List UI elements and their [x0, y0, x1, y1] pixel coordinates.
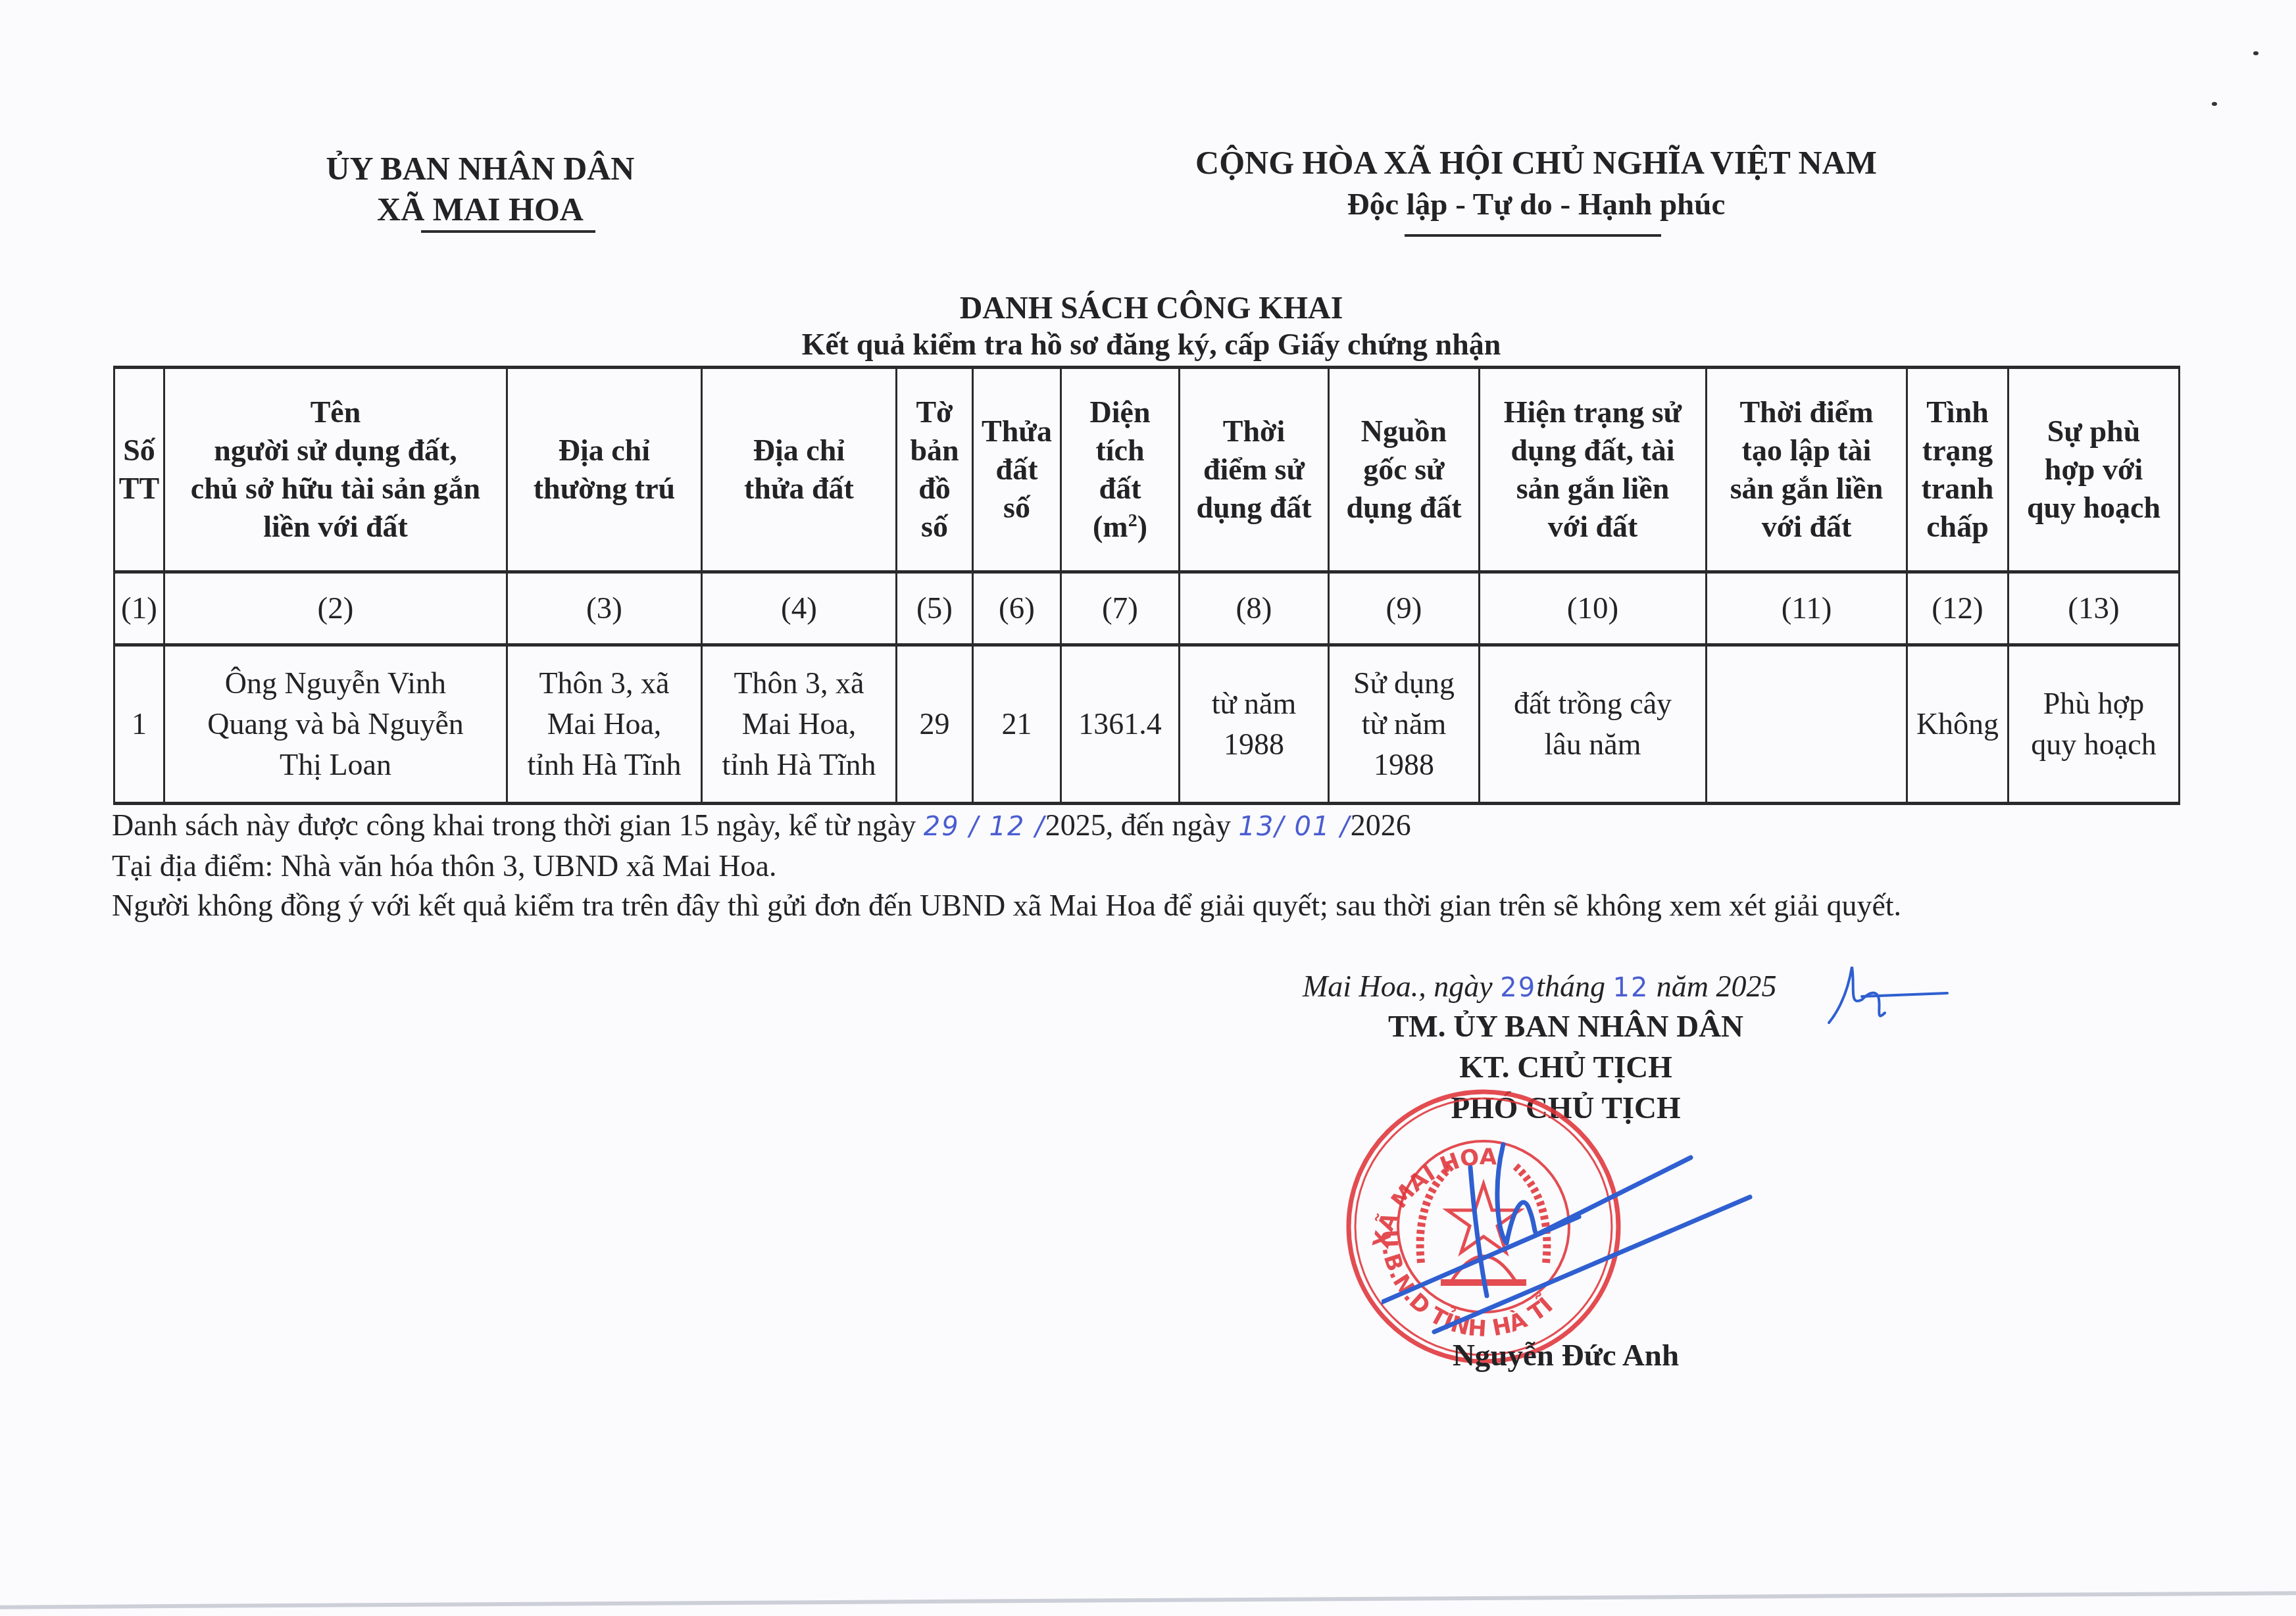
column-header: SốTT — [114, 368, 164, 572]
column-header: Nguồngốc sửdụng đất — [1329, 368, 1480, 572]
agency-underline — [421, 230, 595, 233]
table-cell — [1707, 645, 1907, 804]
table-cell: đất trồng câylâu năm — [1480, 645, 1707, 804]
table-cell: 21 — [973, 645, 1061, 804]
deputy-line: KT. CHỦ TỊCH — [1303, 1047, 1829, 1088]
column-header: Sự phùhợp vớiquy hoạch — [2009, 368, 2180, 572]
table-cell: 1361.4 — [1061, 645, 1180, 804]
column-index: (12) — [1907, 572, 2009, 645]
column-header: Diệntíchđất(m2) — [1061, 368, 1180, 572]
objection-instructions: Người không đồng ý với kết quả kiểm tra … — [112, 886, 2178, 925]
column-index: (13) — [2009, 572, 2180, 645]
column-index: (7) — [1061, 572, 1180, 645]
column-header: Địa chỉthửa đất — [702, 368, 897, 572]
table-cell: Thôn 3, xãMai Hoa,tỉnh Hà Tĩnh — [702, 645, 897, 804]
issuing-agency: ỦY BAN NHÂN DÂN XÃ MAI HOA — [250, 148, 711, 230]
signer-name: Nguyễn Đức Anh — [1303, 1335, 1829, 1376]
column-index: (11) — [1707, 572, 1907, 645]
column-header: Tìnhtrạngtranhchấp — [1907, 368, 2009, 572]
scan-artifact-line — [0, 1591, 2296, 1609]
column-index: (8) — [1180, 572, 1329, 645]
table-cell: Thôn 3, xãMai Hoa,tỉnh Hà Tĩnh — [507, 645, 702, 804]
publication-period: Danh sách này được công khai trong thời … — [112, 806, 2178, 846]
table-cell: 29 — [897, 645, 973, 804]
document-subtitle: Kết quả kiểm tra hồ sơ đăng ký, cấp Giấy… — [592, 326, 1710, 364]
column-index: (4) — [702, 572, 897, 645]
table-header-row: SốTTTênngười sử dụng đất,chủ sở hữu tài … — [114, 368, 2180, 572]
handwritten-day: 29 — [1500, 973, 1536, 1003]
document-title: DANH SÁCH CÔNG KHAI — [592, 289, 1710, 328]
handwritten-start-date: 29 / 12 / — [924, 812, 1045, 842]
column-index: (5) — [897, 572, 973, 645]
column-index: (3) — [507, 572, 702, 645]
column-header: Thờiđiểm sửdụng đất — [1180, 368, 1329, 572]
table-cell: Phù hợpquy hoạch — [2009, 645, 2180, 804]
column-index: (1) — [114, 572, 164, 645]
signature-icon — [1382, 1131, 1974, 1342]
column-header: Thửađấtsố — [973, 368, 1061, 572]
column-header: Địa chỉthường trú — [507, 368, 702, 572]
table-cell: từ năm1988 — [1180, 645, 1329, 804]
table-cell: Sử dụngtừ năm1988 — [1329, 645, 1480, 804]
initials-mark-icon — [1822, 960, 1954, 1033]
motto-underline — [1405, 234, 1661, 237]
agency-name: ỦY BAN NHÂN DÂN — [250, 148, 711, 189]
column-index: (9) — [1329, 572, 1480, 645]
column-index: (10) — [1480, 572, 1707, 645]
scan-speck — [2212, 102, 2217, 106]
public-list-table: SốTTTênngười sử dụng đất,chủ sở hữu tài … — [113, 366, 2180, 805]
on-behalf-line: TM. ỦY BAN NHÂN DÂN — [1303, 1006, 1829, 1047]
column-header: Tênngười sử dụng đất,chủ sở hữu tài sản … — [164, 368, 507, 572]
handwritten-end-date: 13/ 01 / — [1238, 812, 1350, 842]
column-index-row: (1)(2)(3)(4)(5)(6)(7)(8)(9)(10)(11)(12)(… — [114, 572, 2180, 645]
notes-section: Danh sách này được công khai trong thời … — [112, 806, 2178, 925]
scan-speck — [2253, 51, 2259, 55]
national-heading: CỘNG HÒA XÃ HỘI CHỦ NGHĨA VIỆT NAM Độc l… — [1092, 141, 1980, 226]
column-header: Hiện trạng sửdụng đất, tàisản gắn liềnvớ… — [1480, 368, 1707, 572]
national-motto: Độc lập - Tự do - Hạnh phúc — [1092, 184, 1980, 226]
handwritten-month: 12 — [1612, 973, 1649, 1003]
column-index: (2) — [164, 572, 507, 645]
column-header: Thời điểmtạo lập tàisản gắn liềnvới đất — [1707, 368, 1907, 572]
column-index: (6) — [973, 572, 1061, 645]
country-name: CỘNG HÒA XÃ HỘI CHỦ NGHĨA VIỆT NAM — [1092, 141, 1980, 184]
table-cell: 1 — [114, 645, 164, 804]
publication-location: Tại địa điểm: Nhà văn hóa thôn 3, UBND x… — [112, 846, 2178, 886]
table-cell: Không — [1907, 645, 2009, 804]
table-row: 1Ông Nguyễn VinhQuang và bà NguyễnThị Lo… — [114, 645, 2180, 804]
commune-name: XÃ MAI HOA — [250, 189, 711, 230]
column-header: Tờbảnđồsố — [897, 368, 973, 572]
table-cell: Ông Nguyễn VinhQuang và bà NguyễnThị Loa… — [164, 645, 507, 804]
